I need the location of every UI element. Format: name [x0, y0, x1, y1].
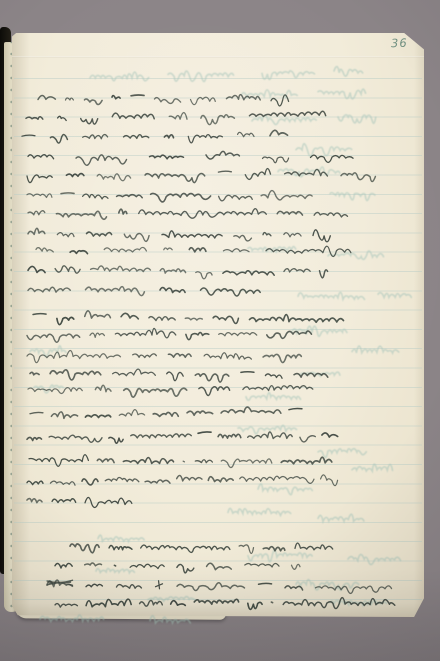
ruled-lines	[14, 78, 422, 605]
photo-backdrop: 36	[0, 0, 440, 661]
page-number: 36	[391, 36, 408, 51]
notebook-page: 36	[12, 33, 424, 617]
top-crease	[12, 56, 424, 58]
